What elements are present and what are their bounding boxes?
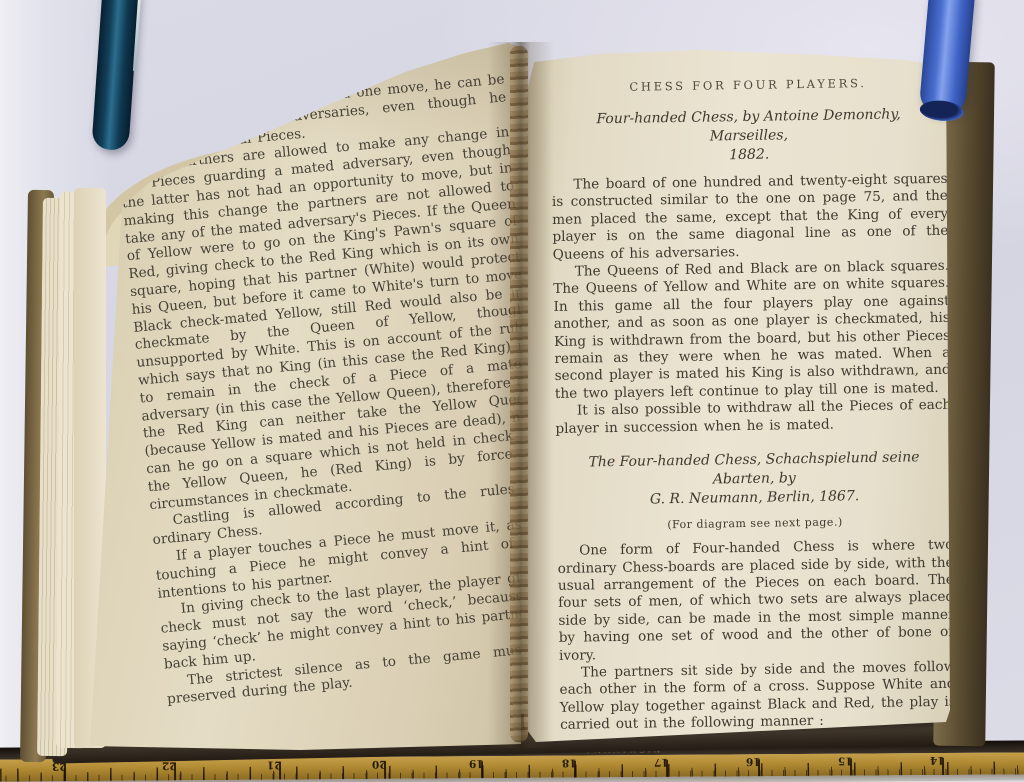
right-page-text: Four-handed Chess, by Antoine Demonchy, … bbox=[550, 105, 956, 735]
left-page-paragraph: The partners are allowed to make any cha… bbox=[118, 125, 541, 515]
ruler-number: 14 bbox=[930, 754, 945, 766]
section-heading: The Four-handed Chess, Schachspielund se… bbox=[562, 448, 947, 511]
ruler-number: 19 bbox=[469, 757, 484, 769]
running-header-title: CHESS FOR FOUR PLAYERS. bbox=[594, 75, 902, 94]
section-note: (For diagram see next page.) bbox=[557, 514, 953, 533]
ruler-number: 20 bbox=[372, 758, 387, 770]
right-page-paragraph: It is also possible to withdraw all the … bbox=[555, 397, 951, 438]
ruler-number: 15 bbox=[838, 755, 853, 767]
right-page: CHESS FOR FOUR PLAYERS. 81 Four-handed C… bbox=[520, 40, 956, 752]
ruler-number: 16 bbox=[746, 755, 761, 767]
section-heading-line1: The Four-handed Chess, Schachspielund se… bbox=[562, 448, 947, 492]
right-page-content: CHESS FOR FOUR PLAYERS. 81 Four-handed C… bbox=[550, 74, 957, 753]
right-page-paragraph: The partners sit side by side and the mo… bbox=[559, 659, 956, 735]
ruler-number: 17 bbox=[654, 756, 669, 768]
right-page-paragraph: One form of Four-handed Chess is where t… bbox=[557, 537, 955, 665]
photograph-open-book: NISKAYUNA 23222120191817161514 80 CHESS … bbox=[0, 0, 1024, 782]
gutter-binding-seam bbox=[510, 46, 528, 742]
section-heading: Four-handed Chess, by Antoine Demonchy, … bbox=[556, 105, 941, 168]
section-heading-line1: Four-handed Chess, by Antoine Demonchy, … bbox=[556, 105, 941, 149]
right-page-paragraph: The board of one hundred and twenty-eigh… bbox=[552, 171, 949, 264]
ruler-number: 21 bbox=[267, 759, 282, 771]
right-page-paragraph: The Queens of Red and Black are on black… bbox=[553, 258, 951, 403]
right-running-head: CHESS FOR FOUR PLAYERS. 81 bbox=[550, 74, 946, 95]
ruler-number: 18 bbox=[562, 757, 577, 769]
